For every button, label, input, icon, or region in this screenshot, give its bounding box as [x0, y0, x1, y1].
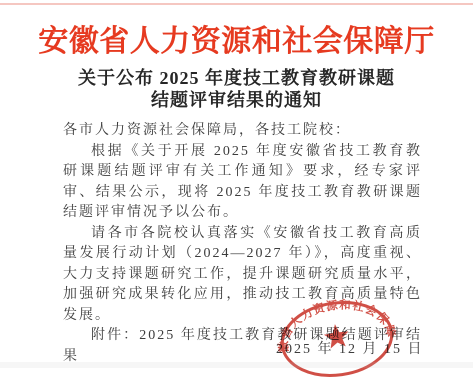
salutation: 各市人力资源社会保障局，各技工院校：	[63, 121, 422, 142]
star-icon	[323, 322, 351, 349]
paragraph-basis: 根据《关于开展 2025 年度安徽省技工教育教研课题结题评审有关工作通知》要求，…	[63, 142, 422, 224]
scan-artifact-band	[0, 362, 473, 368]
scanned-notice-document: 安徽省人力资源和社会保障厅 关于公布 2025 年度技工教育教研课题 结题评审结…	[0, 0, 473, 383]
notice-title-line2: 结题评审结果的通知	[0, 89, 473, 111]
agency-title: 安徽省人力资源和社会保障厅	[0, 16, 473, 60]
official-seal: 安徽省人力资源和社会保障厅	[270, 295, 404, 381]
notice-title: 关于公布 2025 年度技工教育教研课题 结题评审结果的通知	[0, 67, 473, 111]
notice-title-line1: 关于公布 2025 年度技工教育教研课题	[0, 67, 473, 89]
top-divider-rule	[0, 3, 473, 5]
